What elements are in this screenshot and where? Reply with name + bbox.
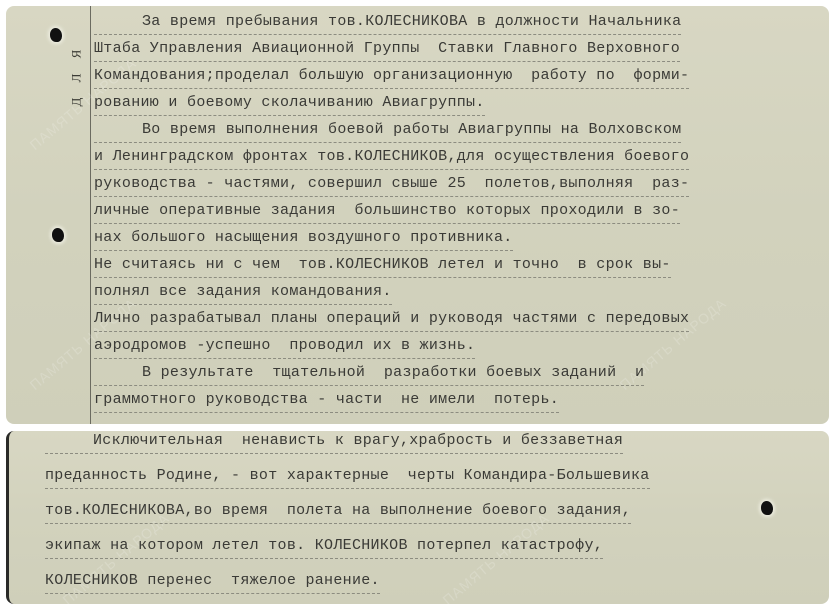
typed-line: Штаба Управления Авиационной Группы Став…	[94, 39, 680, 62]
side-label-char: Л	[68, 74, 84, 83]
typed-line: рованию и боевому сколачиванию Авиагрупп…	[94, 93, 485, 116]
typed-line: Во время выполнения боевой работы Авиагр…	[94, 120, 681, 143]
typed-line: личные оперативные задания большинство к…	[94, 201, 680, 224]
typed-line: аэродромов -успешно проводил их в жизнь.	[94, 336, 475, 359]
side-label-char: Д	[68, 98, 84, 107]
typed-line: Командования;проделал большую организаци…	[94, 66, 689, 89]
typed-line: и Ленинградском фронтах тов.КОЛЕСНИКОВ,д…	[94, 147, 689, 170]
side-label-char: Я	[68, 50, 84, 59]
typed-line: Лично разрабатывал планы операций и руко…	[94, 309, 689, 332]
typed-line: За время пребывания тов.КОЛЕСНИКОВА в до…	[94, 12, 681, 35]
typed-line: преданность Родине, - вот характерные че…	[45, 466, 650, 489]
typed-line: руководства - частями, совершил свыше 25…	[94, 174, 689, 197]
text-lines: За время пребывания тов.КОЛЕСНИКОВА в до…	[94, 12, 809, 417]
punch-hole	[52, 228, 64, 242]
document-scan-bottom: ПАМЯТЬ НАРОДА ПАМЯТЬ НАРОДА Исключительн…	[6, 431, 829, 604]
typed-line: нах большого насыщения воздушного против…	[94, 228, 513, 251]
document-scan-top: Я Л Д ПАМЯТЬ НАРОДА ПАМЯТЬ НАРОДА ПАМЯТЬ…	[6, 6, 829, 424]
typed-line: граммотного руководства - части не имели…	[94, 390, 559, 413]
typed-line: КОЛЕСНИКОВ перенес тяжелое ранение.	[45, 571, 380, 594]
typed-line: полнял все задания командования.	[94, 282, 392, 305]
typed-line: Исключительная ненависть к врагу,храброс…	[45, 431, 623, 454]
text-lines: Исключительная ненависть к врагу,храброс…	[45, 431, 809, 604]
typed-line: экипаж на котором летел тов. КОЛЕСНИКОВ …	[45, 536, 603, 559]
typed-line: тов.КОЛЕСНИКОВА,во время полета на выпол…	[45, 501, 631, 524]
side-label: Я Л Д	[68, 46, 84, 110]
punch-hole	[50, 28, 62, 42]
typed-line: Не считаясь ни с чем тов.КОЛЕСНИКОВ лете…	[94, 255, 671, 278]
typed-line: В результате тщательной разработки боевы…	[94, 363, 644, 386]
margin-rule	[90, 6, 91, 424]
